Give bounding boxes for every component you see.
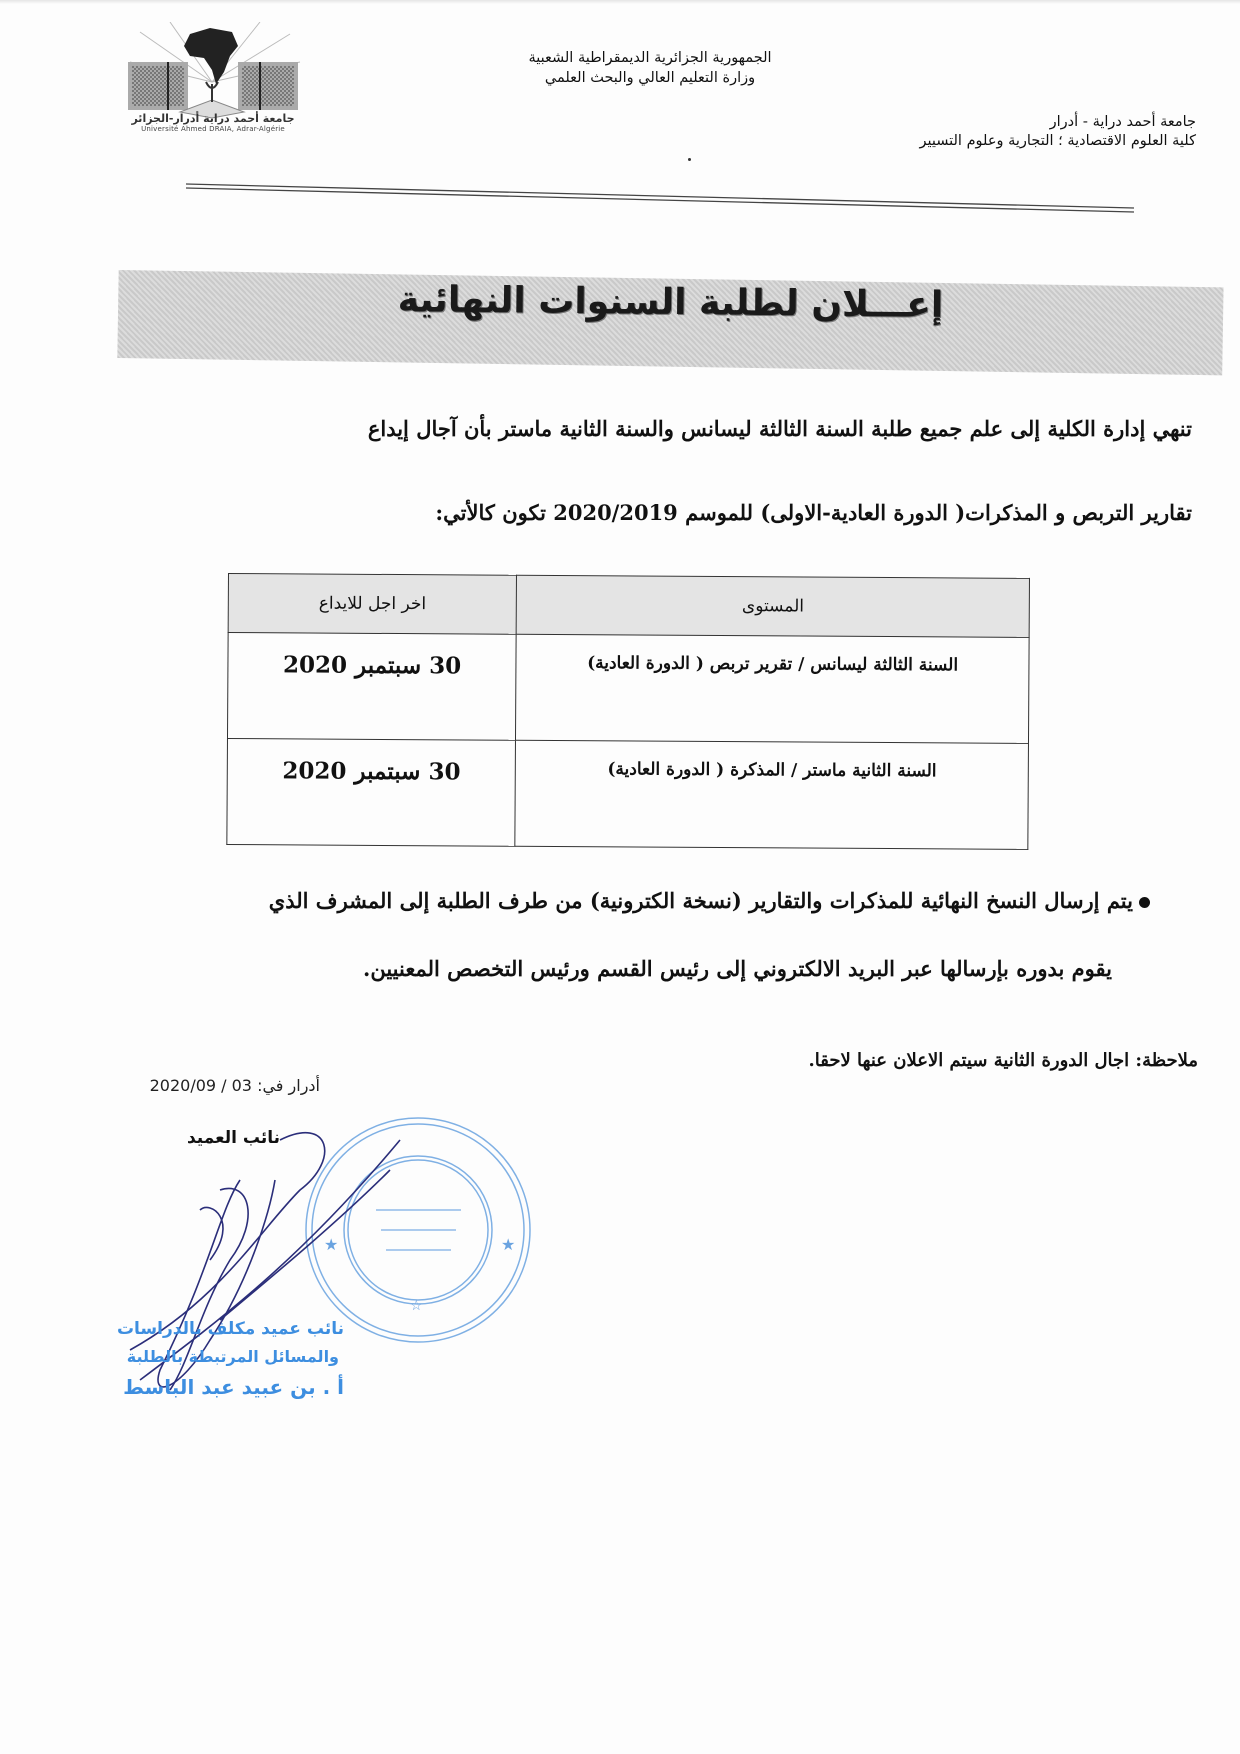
bullet-text-1: يتم إرسال النسخ النهائية للمذكرات والتقا… — [269, 888, 1133, 913]
row-level: السنة الثانية ماستر / المذكرة ( الدورة ا… — [515, 740, 1028, 849]
university-name: جامعة أحمد دراية - أدرار — [746, 113, 1196, 132]
university-logo-caption: جامعة أحمد دراية أدرار-الجزائر Universit… — [118, 112, 308, 133]
header-level: المستوى — [516, 575, 1029, 637]
bullet-line-1: يتم إرسال النسخ النهائية للمذكرات والتقا… — [90, 888, 1150, 913]
row-deadline: 30 سبتمبر 2020 — [227, 633, 516, 741]
header-deadline: اخر اجل للايداع — [228, 574, 517, 635]
table-row: السنة الثالثة ليسانس / تقرير تربص ( الدو… — [227, 633, 1029, 744]
row-level: السنة الثالثة ليسانس / تقرير تربص ( الدو… — [516, 634, 1029, 743]
stamp-line-1: نائب عميد مكلف بالدراسات — [84, 1315, 344, 1343]
name-stamp: نائب عميد مكلف بالدراسات والمسائل المرتب… — [84, 1315, 344, 1403]
header-center: الجمهورية الجزائرية الديمقراطية الشعبية … — [470, 48, 830, 88]
logo-arabic-name: جامعة أحمد دراية أدرار-الجزائر — [118, 112, 308, 125]
bullet-icon — [1139, 897, 1150, 908]
scan-edge — [0, 0, 1240, 4]
logo-latin-name: Université Ahmed DRAIA, Adrar-Algérie — [118, 125, 308, 133]
stamp-name: أ . بن عبيد عبد الباسط — [84, 1371, 344, 1403]
intro-line-2: تقارير التربص و المذكرات( الدورة العادية… — [112, 500, 1192, 525]
date-line: أدرار في: 03 / 2020/09 — [100, 1076, 320, 1095]
svg-text:★: ★ — [501, 1235, 515, 1254]
row-deadline: 30 سبتمبر 2020 — [227, 738, 516, 846]
header-divider — [186, 180, 1134, 216]
faculty-name: كلية العلوم الاقتصادية ؛ التجارية وعلوم … — [746, 132, 1196, 151]
table-row: السنة الثانية ماستر / المذكرة ( الدورة ا… — [227, 738, 1029, 849]
republic-name: الجمهورية الجزائرية الديمقراطية الشعبية — [470, 48, 830, 68]
header-right: جامعة أحمد دراية - أدرار كلية العلوم الا… — [746, 113, 1196, 151]
scan-dot — [688, 158, 691, 161]
bullet-line-2: يقوم بدوره بإرسالها عبر البريد الالكترون… — [52, 956, 1112, 981]
stamp-line-2: والمسائل المرتبطة بالطلبة — [84, 1343, 344, 1371]
deadlines-table: المستوى اخر اجل للايداع السنة الثالثة لي… — [226, 573, 1030, 850]
table-header-row: المستوى اخر اجل للايداع — [228, 574, 1029, 638]
note: ملاحظة: اجال الدورة الثانية سيتم الاعلان… — [498, 1050, 1198, 1071]
intro-line-1: تنهي إدارة الكلية إلى علم جميع طلبة السن… — [112, 416, 1192, 441]
ministry-name: وزارة التعليم العالي والبحث العلمي — [470, 68, 830, 88]
